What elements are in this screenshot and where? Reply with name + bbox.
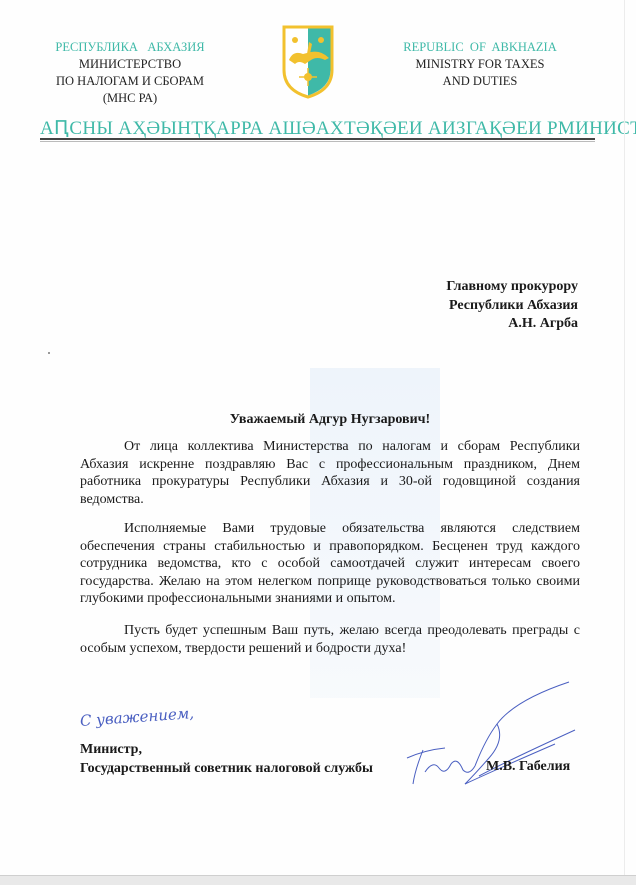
addressee-block: Главному прокурору Республики Абхазия А.… bbox=[446, 278, 578, 334]
handwritten-closing: С уважением, bbox=[79, 704, 194, 730]
ministry-abbr-ru: (МНС РА) bbox=[40, 90, 220, 107]
header-divider bbox=[40, 138, 595, 140]
ministry-line1-en: MINISTRY FOR TAXES bbox=[400, 56, 560, 73]
ministry-line2-en: AND DUTIES bbox=[400, 73, 560, 90]
ministry-line2-ru: ПО НАЛОГАМ И СБОРАМ bbox=[40, 73, 220, 90]
country-name-en: REPUBLIC OF ABKHAZIA bbox=[400, 39, 560, 56]
letterhead-left: РЕСПУБЛИКА АБХАЗИЯ МИНИСТЕРСТВО ПО НАЛОГ… bbox=[40, 39, 220, 107]
country-name-ru: РЕСПУБЛИКА АБХАЗИЯ bbox=[40, 39, 220, 56]
letterhead-right: REPUBLIC OF ABKHAZIA MINISTRY FOR TAXES … bbox=[400, 39, 560, 90]
signatory-title-line2: Государственный советник налоговой служб… bbox=[80, 760, 373, 779]
signatory-title: Министр, Государственный советник налого… bbox=[80, 741, 373, 778]
page-edge bbox=[624, 0, 625, 875]
header-divider-shadow bbox=[40, 141, 595, 142]
viewer-bottom-bar bbox=[0, 875, 636, 885]
paragraph-text: Исполняемые Вами трудовые обязательства … bbox=[80, 520, 580, 608]
addressee-line2: Республики Абхазия bbox=[446, 297, 578, 316]
ministry-name-abkhaz: АԤСНЫ АҲӘЫНҬҚАРРА АШӘАХТӘҚӘЕИ АИЗГАҚӘЕИ … bbox=[40, 117, 595, 140]
signatory-name: М.В. Габелия bbox=[486, 759, 570, 775]
coat-of-arms-icon bbox=[281, 24, 335, 100]
paragraph-text: Пусть будет успешным Ваш путь, желаю все… bbox=[80, 622, 580, 657]
signatory-title-line1: Министр, bbox=[80, 741, 373, 760]
paragraph-text: От лица коллектива Министерства по налог… bbox=[80, 438, 580, 508]
body-paragraph-3: Пусть будет успешным Ваш путь, желаю все… bbox=[80, 622, 580, 657]
scan-speck bbox=[48, 352, 50, 354]
body-paragraph-1: От лица коллектива Министерства по налог… bbox=[80, 438, 580, 508]
addressee-line1: Главному прокурору bbox=[446, 278, 578, 297]
ministry-line1-ru: МИНИСТЕРСТВО bbox=[40, 56, 220, 73]
salutation: Уважаемый Адгур Нугзарович! bbox=[80, 412, 580, 428]
addressee-name: А.Н. Агрба bbox=[446, 315, 578, 334]
body-paragraph-2: Исполняемые Вами трудовые обязательства … bbox=[80, 520, 580, 608]
letter-page: РЕСПУБЛИКА АБХАЗИЯ МИНИСТЕРСТВО ПО НАЛОГ… bbox=[0, 0, 636, 875]
